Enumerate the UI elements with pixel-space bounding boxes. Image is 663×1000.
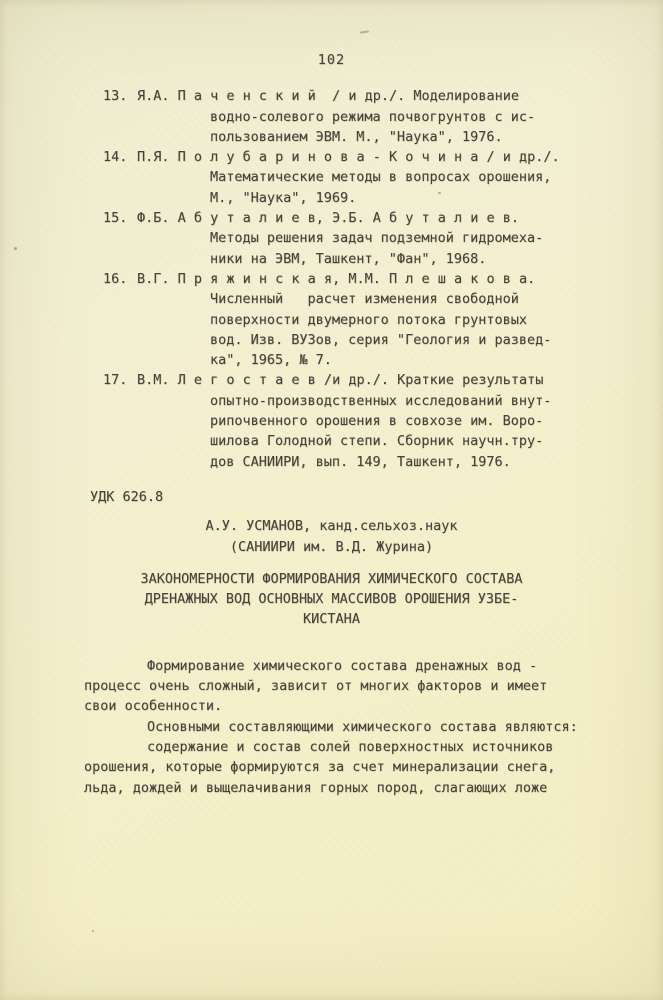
paragraph: Формирование химического состава дренажн… [84,656,613,717]
article-title: ЗАКОНОМЕРНОСТИ ФОРМИРОВАНИЯ ХИМИЧЕСКОГО … [0,569,663,630]
reference-item-14: 14.П.Я. П о л у б а р и н о в а - К о ч … [103,147,663,208]
affiliation-line: (САНИИРИ им. В.Д. Журина) [0,537,663,557]
reference-line: дов САНИИРИ, вып. 149, Ташкент, 1976. [210,452,663,472]
scan-speck [14,247,17,250]
reference-text: Ф.Б. А б у т а л и е в, Э.Б. А б у т а л… [137,210,519,226]
reference-number: 16. [103,269,137,289]
reference-line: 16.В.Г. П р я ж и н с к а я, М.М. П л е … [103,269,663,289]
reference-item-13: 13.Я.А. П а ч е н с к и й / и др./. Моде… [103,86,663,147]
reference-number: 14. [103,147,137,167]
title-line: ДРЕНАЖНЫХ ВОД ОСНОВНЫХ МАССИВОВ ОРОШЕНИЯ… [0,589,663,609]
reference-text: В.Г. П р я ж и н с к а я, М.М. П л е ш а… [137,271,535,287]
scan-speck [438,192,441,194]
paragraph: Основными составляющими химического сост… [84,717,613,737]
reference-line: 14.П.Я. П о л у б а р и н о в а - К о ч … [103,147,663,167]
reference-line: вод. Изв. ВУЗов, серия "Геология и разве… [210,330,663,350]
title-line: КИСТАНА [0,609,663,629]
reference-line: 15.Ф.Б. А б у т а л и е в, Э.Б. А б у т … [103,208,663,228]
reference-line: 17.В.М. Л е г о с т а е в /и др./. Кратк… [103,370,663,390]
body-line: Формирование химического состава дренажн… [84,656,613,676]
reference-line: поверхности двумерного потока грунтовых [210,310,663,330]
article-body: Формирование химического состава дренажн… [84,656,613,798]
reference-line: Методы решения задач подземной гидромеха… [210,228,663,248]
author-block: А.У. УСМАНОВ, канд.сельхоз.наук (САНИИРИ… [0,516,663,557]
page-number: 102 [0,0,663,70]
body-line: льда, дождей и выщелачивания горных поро… [84,778,613,798]
udc-code: УДК 626.8 [90,487,663,507]
title-line: ЗАКОНОМЕРНОСТИ ФОРМИРОВАНИЯ ХИМИЧЕСКОГО … [0,569,663,589]
reference-line: ники на ЭВМ, Ташкент, "Фан", 1968. [210,249,663,269]
reference-text: В.М. Л е г о с т а е в /и др./. Краткие … [137,372,543,388]
reference-text: Я.А. П а ч е н с к и й / и др./. Моделир… [137,88,519,104]
reference-line: опытно-производственных исследований вну… [210,391,663,411]
reference-number: 15. [103,208,137,228]
reference-line: пользованием ЭВМ. М., "Наука", 1976. [210,127,663,147]
bibliography-list: 13.Я.А. П а ч е н с к и й / и др./. Моде… [103,86,663,472]
body-line: Основными составляющими химического сост… [84,717,613,737]
reference-line: 13.Я.А. П а ч е н с к и й / и др./. Моде… [103,86,663,106]
body-line: орошения, которые формируются за счет ми… [84,757,613,777]
reference-line: водно-солевого режима почвогрунтов с ис- [210,107,663,127]
author-line: А.У. УСМАНОВ, канд.сельхоз.наук [0,516,663,536]
reference-line: ка", 1965, № 7. [210,350,663,370]
reference-item-16: 16.В.Г. П р я ж и н с к а я, М.М. П л е … [103,269,663,370]
body-line: свои особенности. [84,696,613,716]
scan-speck [92,930,94,932]
reference-text: П.Я. П о л у б а р и н о в а - К о ч и н… [137,149,560,165]
reference-line: рипочвенного орошения в совхозе им. Воро… [210,411,663,431]
reference-item-17: 17.В.М. Л е г о с т а е в /и др./. Кратк… [103,370,663,471]
reference-line: Математические методы в вопросах орошени… [210,167,663,187]
reference-number: 13. [103,86,137,106]
reference-number: 17. [103,370,137,390]
reference-item-15: 15.Ф.Б. А б у т а л и е в, Э.Б. А б у т … [103,208,663,269]
body-line: процесс очень сложный, зависит от многих… [84,676,613,696]
reference-line: М., "Наука", 1969. [210,188,663,208]
scanned-page: 102 13.Я.А. П а ч е н с к и й / и др./. … [0,0,663,1000]
body-line: содержание и состав солей поверхностных … [84,737,613,757]
reference-line: Численный расчет изменения свободной [210,289,663,309]
paragraph: содержание и состав солей поверхностных … [84,737,613,798]
reference-line: шилова Голодной степи. Сборник научн.тру… [210,431,663,451]
